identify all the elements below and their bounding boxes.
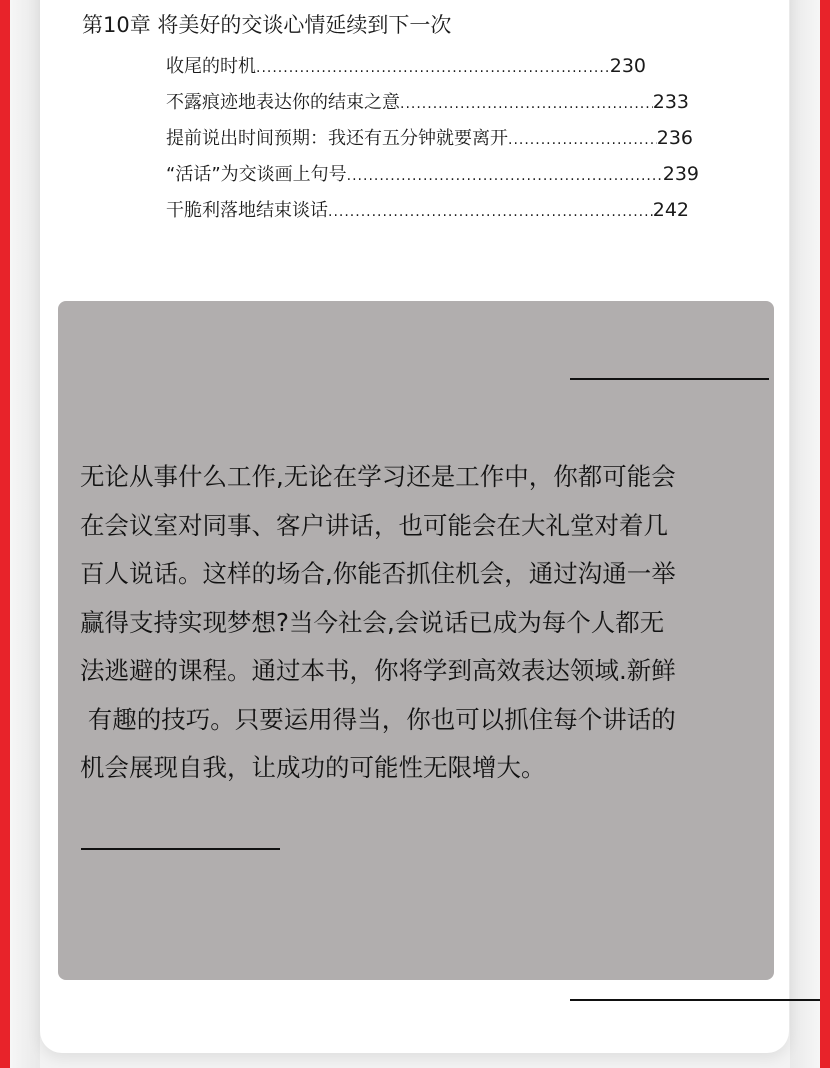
dot-leader — [508, 126, 657, 154]
toc-entry[interactable]: 不露痕迹地表达你的结束之意 233 — [166, 88, 689, 124]
chapter-heading: 第10章 将美好的交谈心情延续到下一次 — [82, 10, 451, 40]
table-of-contents: 收尾的时机 230 不露痕迹地表达你的结束之意 233 提前说出时间预期：我还有… — [166, 52, 699, 232]
toc-entry-title: 提前说出时间预期：我还有五分钟就要离开 — [166, 125, 508, 153]
dot-leader — [400, 90, 653, 118]
left-red-border — [0, 0, 10, 1068]
summary-line: 法逃避的课程。通过本书，你将学到高效表达领域.新鲜 — [80, 647, 770, 696]
dot-leader — [328, 198, 653, 226]
right-red-border — [820, 0, 830, 1068]
summary-line: 百人说话。这样的场合,你能否抓住机会，通过沟通一举 — [80, 550, 770, 599]
decorative-rule-bottom-right — [570, 999, 820, 1001]
dot-leader — [256, 54, 610, 82]
summary-line: 有趣的技巧。只要运用得当，你也可以抓住每个讲话的 — [80, 696, 770, 745]
summary-line: 赢得支持实现梦想?当今社会,会说话已成为每个人都无 — [80, 599, 770, 648]
decorative-rule-bottom-left — [81, 848, 280, 850]
toc-entry[interactable]: 提前说出时间预期：我还有五分钟就要离开 236 — [166, 124, 693, 160]
left-gutter — [10, 0, 40, 1068]
summary-line: 机会展现自我，让成功的可能性无限增大。 — [80, 744, 770, 793]
book-summary-text: 无论从事什么工作,无论在学习还是工作中，你都可能会 在会议室对同事、客户讲话，也… — [80, 453, 770, 793]
toc-entry-title: 不露痕迹地表达你的结束之意 — [166, 89, 400, 117]
toc-entry-page: 233 — [653, 88, 689, 116]
right-gutter — [790, 0, 820, 1068]
toc-entry[interactable]: “活话”为交谈画上句号 239 — [166, 160, 699, 196]
toc-entry-page: 230 — [610, 52, 646, 80]
summary-line: 在会议室对同事、客户讲话，也可能会在大礼堂对着几 — [80, 502, 770, 551]
toc-entry-page: 242 — [653, 196, 689, 224]
toc-entry-page: 239 — [663, 160, 699, 188]
toc-entry-title: “活话”为交谈画上句号 — [166, 161, 347, 189]
toc-entry[interactable]: 收尾的时机 230 — [166, 52, 646, 88]
toc-entry[interactable]: 干脆利落地结束谈话 242 — [166, 196, 689, 232]
toc-entry-title: 干脆利落地结束谈话 — [166, 197, 328, 225]
toc-entry-title: 收尾的时机 — [166, 53, 256, 81]
dot-leader — [347, 162, 663, 190]
decorative-rule-top — [570, 378, 769, 380]
summary-line: 无论从事什么工作,无论在学习还是工作中，你都可能会 — [80, 453, 770, 502]
toc-entry-page: 236 — [657, 124, 693, 152]
